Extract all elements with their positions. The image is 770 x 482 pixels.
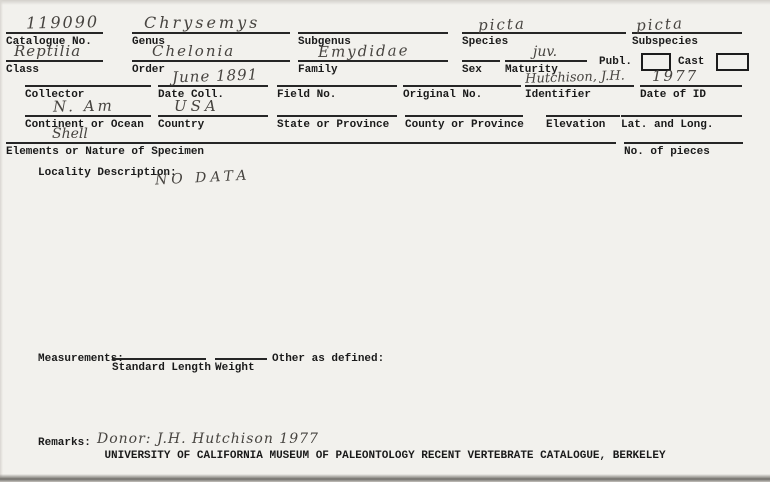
subgenus-underline bbox=[298, 32, 448, 34]
subspecies-label: Subspecies bbox=[632, 36, 742, 49]
card-left-edge bbox=[0, 0, 3, 482]
elevation-underline bbox=[546, 115, 620, 117]
subspecies-value: picta bbox=[632, 8, 743, 35]
locality-value: NO DATA bbox=[155, 169, 251, 188]
country-underline bbox=[158, 115, 268, 117]
no-of-pieces-label: No. of pieces bbox=[624, 146, 743, 159]
sex-value bbox=[462, 39, 500, 60]
field-subspecies: picta Subspecies bbox=[632, 11, 742, 49]
sex-underline bbox=[462, 60, 500, 62]
standard-length-group: Standard Length bbox=[112, 358, 206, 375]
country-value: USA bbox=[158, 94, 268, 115]
identifier-value: Hutchison, J.H. bbox=[525, 62, 635, 87]
measurements-label: Measurements: bbox=[38, 353, 124, 365]
original-no-value bbox=[403, 64, 521, 85]
continent-or-ocean-value: N. Am bbox=[25, 93, 151, 116]
institution-title: UNIVERSITY OF CALIFORNIA MUSEUM OF PALEO… bbox=[0, 450, 770, 462]
elements-value: Shell bbox=[6, 121, 616, 142]
state-or-province-underline bbox=[277, 115, 397, 117]
remarks-label: Remarks: bbox=[38, 437, 91, 449]
weight-group: Weight bbox=[215, 358, 267, 375]
date-of-id-underline bbox=[640, 85, 742, 87]
standard-length-line bbox=[112, 358, 206, 360]
state-or-province-value bbox=[277, 94, 397, 115]
collector-value bbox=[25, 64, 151, 85]
remarks-value: Donor: J.H. Hutchison 1977 bbox=[97, 432, 319, 446]
species-value: picta bbox=[462, 8, 627, 35]
catalogue-card: 119090 Catalogue No. Chrysemys Genus Sub… bbox=[0, 0, 770, 482]
maturity-value: juv. bbox=[505, 39, 587, 60]
genus-value: Chrysemys bbox=[132, 11, 290, 32]
original-no-underline bbox=[403, 85, 521, 87]
maturity-underline bbox=[505, 60, 587, 62]
field-no-of-pieces: No. of pieces bbox=[624, 121, 743, 159]
genus-underline bbox=[132, 32, 290, 34]
class-underline bbox=[6, 60, 103, 62]
elements-label: Elements or Nature of Specimen bbox=[6, 146, 616, 159]
lat-long-underline bbox=[621, 115, 742, 117]
elevation-value bbox=[546, 94, 620, 115]
field-no-underline bbox=[277, 85, 397, 87]
no-of-pieces-underline bbox=[624, 142, 743, 144]
card-top-edge bbox=[0, 0, 770, 5]
county-or-province-underline bbox=[405, 115, 523, 117]
collector-underline bbox=[25, 85, 151, 87]
subgenus-value bbox=[298, 11, 448, 32]
other-as-defined-label: Other as defined: bbox=[272, 353, 384, 365]
weight-label: Weight bbox=[215, 362, 267, 375]
elements-underline bbox=[6, 142, 616, 144]
standard-length-label: Standard Length bbox=[112, 362, 206, 375]
catalogue-no-value: 119090 bbox=[6, 10, 103, 33]
field-no-value bbox=[277, 64, 397, 85]
date-coll-value: June 1891 bbox=[158, 62, 269, 87]
card-bottom-edge bbox=[0, 474, 770, 482]
field-elements: Shell Elements or Nature of Specimen bbox=[6, 121, 616, 159]
no-of-pieces-value bbox=[624, 121, 743, 142]
county-or-province-value bbox=[405, 94, 523, 115]
weight-line bbox=[215, 358, 267, 360]
date-of-id-value: 1977 bbox=[640, 64, 742, 85]
family-value: Emydidae bbox=[298, 38, 448, 62]
order-value: Chelonia bbox=[132, 39, 290, 60]
lat-long-value bbox=[621, 94, 742, 115]
class-value: Reptilia bbox=[6, 39, 103, 60]
